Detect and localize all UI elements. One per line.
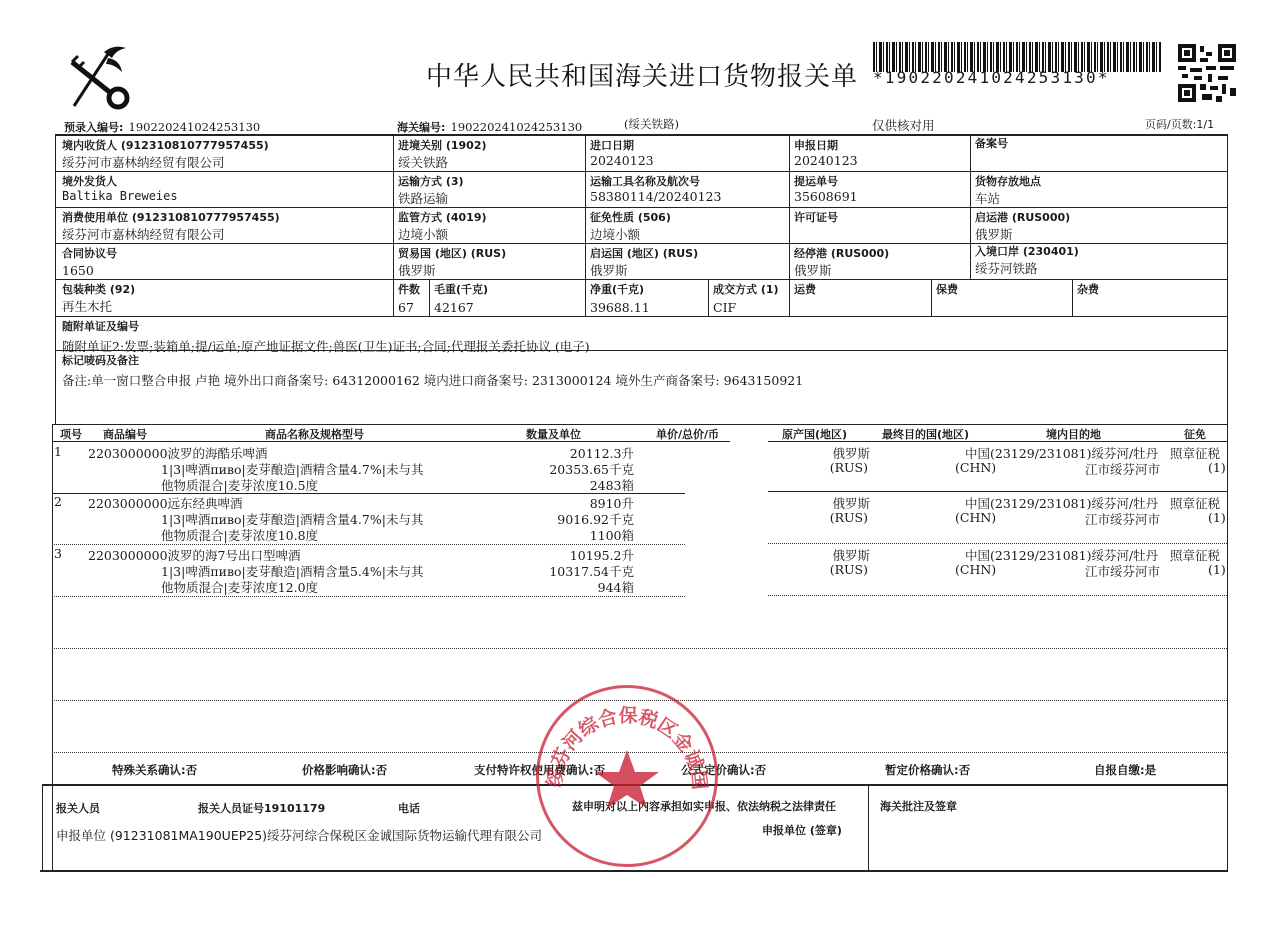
self-declare-confirm: 自报自缴:是 (1094, 762, 1156, 778)
transit-port-label: 经停港 (RUS000) (794, 245, 889, 261)
record-no-field: 备案号 (971, 135, 1012, 151)
levy-nature-value: 边境小额 (590, 225, 671, 243)
item-qty-3: 944箱 (520, 578, 634, 596)
provisional-price-confirm: 暂定价格确认:否 (885, 762, 970, 778)
col-price: 单价/总价/币 (656, 426, 719, 442)
consumer-field: 消费使用单位 (912310810777957455) 绥芬河市嘉林纳经贸有限公… (58, 209, 284, 243)
company-seal: 绥芬河综合保税区金诚国际货物运输代理有限公司 (536, 685, 718, 867)
freight-label: 运费 (794, 281, 816, 297)
insurance-field: 保费 (932, 281, 962, 297)
supervision-label: 监管方式 (4019) (398, 209, 487, 225)
storage-label: 货物存放地点 (975, 173, 1041, 189)
customs-no-label: 海关编号: (397, 121, 445, 134)
vehicle-value: 58380114/20240123 (590, 189, 721, 204)
origin-country-field: 启运国 (地区) (RUS) 俄罗斯 (586, 245, 702, 279)
col-item-no: 项号 (60, 426, 82, 442)
transit-port-value: 俄罗斯 (794, 261, 889, 279)
consignee-value: 绥芬河市嘉林纳经贸有限公司 (62, 153, 269, 171)
pre-entry-value: 190220241024253130 (129, 120, 261, 134)
col-quantity: 数量及单位 (526, 426, 581, 442)
transport-mode-label: 运输方式 (3) (398, 173, 464, 189)
net-weight-field: 净重(千克) 39688.11 (586, 281, 654, 315)
origin-country-value: 俄罗斯 (590, 261, 698, 279)
consumer-label: 消费使用单位 (912310810777957455) (62, 209, 280, 225)
vehicle-label: 运输工具名称及航次号 (590, 173, 721, 189)
declaring-agent: 申报单位 (91231081MA190UEP25)绥芬河综合保税区金诚国际货物运… (56, 826, 542, 844)
trade-country-field: 贸易国 (地区) (RUS) 俄罗斯 (394, 245, 510, 279)
item-final-dest-code: (CHN) (955, 510, 996, 525)
remarks: 标记唛码及备注 备注:单一窗口整合申报 卢艳 境外出口商备案号: 6431200… (58, 352, 807, 389)
license-label: 许可证号 (794, 209, 838, 225)
departure-port-value: 俄罗斯 (975, 225, 1070, 243)
insurance-label: 保费 (936, 281, 958, 297)
col-name-spec: 商品名称及规格型号 (265, 426, 364, 442)
item-domestic-dest-2: 江市绥芬河市 (1085, 510, 1160, 528)
item-qty-3: 1100箱 (520, 526, 634, 544)
col-origin: 原产国(地区) (782, 426, 847, 442)
declare-date-label: 申报日期 (794, 137, 858, 153)
gross-weight-label: 毛重(千克) (434, 281, 488, 297)
shipper-value: Baltika Breweies (62, 189, 178, 203)
item-origin-code: (RUS) (800, 562, 868, 577)
departure-port-field: 启运港 (RUS000) 俄罗斯 (971, 209, 1074, 243)
license-field: 许可证号 (790, 209, 842, 225)
entry-customs-field: 进境关别 (1902) 绥关铁路 (394, 137, 491, 171)
customs-emblem-icon (64, 42, 134, 112)
departure-port-label: 启运港 (RUS000) (975, 209, 1070, 225)
deal-mode-field: 成交方式 (1) CIF (709, 281, 783, 315)
remarks-value: 备注:单一窗口整合申报 卢艳 境外出口商备案号: 64312000162 境内进… (62, 371, 803, 389)
agent-seal-label: 申报单位 (签章) (762, 822, 842, 838)
pre-entry-label: 预录入编号: (64, 121, 123, 134)
entry-customs-value: 绥关铁路 (398, 153, 487, 171)
pre-entry-number: 预录入编号: 190220241024253130 (64, 116, 260, 135)
declarant-cert: 报关人员证号19101179 (198, 800, 325, 816)
levy-nature-field: 征免性质 (506) 边境小额 (586, 209, 675, 243)
vehicle-field: 运输工具名称及航次号 58380114/20240123 (586, 173, 725, 204)
net-weight-value: 39688.11 (590, 300, 650, 315)
transit-port-field: 经停港 (RUS000) 俄罗斯 (790, 245, 893, 279)
import-date-label: 进口日期 (590, 137, 654, 153)
customs-no-value: 190220241024253130 (451, 120, 583, 134)
item-levy-2: (1) (1208, 510, 1226, 525)
supervision-field: 监管方式 (4019) 边境小额 (394, 209, 491, 243)
storage-value: 车站 (975, 189, 1041, 207)
misc-fee-label: 杂费 (1077, 281, 1099, 297)
pieces-value: 67 (398, 300, 420, 315)
transport-mode-value: 铁路运输 (398, 189, 464, 207)
pieces-label: 件数 (398, 281, 420, 297)
bill-no-field: 提运单号 35608691 (790, 173, 862, 204)
item-qty-3: 2483箱 (520, 476, 634, 494)
declarant-label: 报关人员 (56, 800, 100, 816)
deal-mode-value: CIF (713, 300, 779, 315)
item-no: 2 (54, 494, 62, 509)
red-star-seal-icon (595, 750, 659, 808)
package-label: 包装种类 (92) (62, 281, 135, 297)
attached-docs: 随附单证及编号 随附单证2:发票;装箱单;提/运单;原产地证据文件;兽医(卫生)… (58, 318, 594, 355)
customs-number: 海关编号: 190220241024253130 (397, 116, 582, 135)
for-check-only: 仅供核对用 (872, 116, 935, 134)
freight-field: 运费 (790, 281, 820, 297)
page-indicator: 页码/页数:1/1 (1145, 116, 1214, 132)
supervision-value: 边境小额 (398, 225, 487, 243)
bill-no-value: 35608691 (794, 189, 858, 204)
shipper-label: 境外发货人 (62, 173, 178, 189)
pieces-field: 件数 67 (394, 281, 424, 315)
item-levy-2: (1) (1208, 562, 1226, 577)
special-relation-confirm: 特殊关系确认:否 (112, 762, 197, 778)
col-final-dest: 最终目的国(地区) (882, 426, 969, 442)
transport-mode-field: 运输方式 (3) 铁路运输 (394, 173, 468, 207)
item-final-dest-code: (CHN) (955, 460, 996, 475)
bill-no-label: 提运单号 (794, 173, 858, 189)
consignee-label: 境内收货人 (912310810777957455) (62, 137, 269, 153)
col-domestic-dest: 境内目的地 (1046, 426, 1101, 442)
contract-value: 1650 (62, 263, 117, 278)
item-levy-2: (1) (1208, 460, 1226, 475)
trade-country-label: 贸易国 (地区) (RUS) (398, 245, 506, 261)
import-date-field: 进口日期 20240123 (586, 137, 658, 168)
customs-approval-label: 海关批注及签章 (880, 798, 957, 814)
col-levy: 征免 (1184, 426, 1206, 442)
import-date-value: 20240123 (590, 153, 654, 168)
package-value: 再生木托 (62, 297, 135, 315)
entry-port-field: 入境口岸 (230401) 绥芬河铁路 (971, 243, 1083, 277)
contract-label: 合同协议号 (62, 245, 117, 261)
item-origin-code: (RUS) (800, 510, 868, 525)
item-domestic-dest-2: 江市绥芬河市 (1085, 460, 1160, 478)
contract-field: 合同协议号 1650 (58, 245, 121, 278)
consignee-field: 境内收货人 (912310810777957455) 绥芬河市嘉林纳经贸有限公司 (58, 137, 273, 171)
package-field: 包装种类 (92) 再生木托 (58, 281, 139, 315)
attached-docs-label: 随附单证及编号 (62, 318, 590, 334)
customs-office: (绥关铁路) (624, 116, 679, 132)
consumer-value: 绥芬河市嘉林纳经贸有限公司 (62, 225, 280, 243)
phone-label: 电话 (398, 800, 420, 816)
item-no: 3 (54, 546, 62, 561)
shipper-field: 境外发货人 Baltika Breweies (58, 173, 182, 203)
declare-date-value: 20240123 (794, 153, 858, 168)
deal-mode-label: 成交方式 (1) (713, 281, 779, 297)
gross-weight-field: 毛重(千克) 42167 (430, 281, 492, 315)
item-origin-code: (RUS) (800, 460, 868, 475)
item-no: 1 (54, 444, 62, 459)
price-influence-confirm: 价格影响确认:否 (302, 762, 387, 778)
entry-port-value: 绥芬河铁路 (975, 259, 1079, 277)
entry-customs-label: 进境关别 (1902) (398, 137, 487, 153)
entry-port-label: 入境口岸 (230401) (975, 243, 1079, 259)
levy-nature-label: 征免性质 (506) (590, 209, 671, 225)
record-no-label: 备案号 (975, 135, 1008, 151)
misc-fee-field: 杂费 (1073, 281, 1103, 297)
remarks-label: 标记唛码及备注 (62, 352, 803, 368)
net-weight-label: 净重(千克) (590, 281, 650, 297)
item-spec-line-2: 他物质混合|麦芽浓度12.0度 (161, 578, 318, 596)
col-code: 商品编号 (103, 426, 147, 442)
item-domestic-dest-2: 江市绥芬河市 (1085, 562, 1160, 580)
item-spec-line-2: 他物质混合|麦芽浓度10.8度 (161, 526, 318, 544)
origin-country-label: 启运国 (地区) (RUS) (590, 245, 698, 261)
trade-country-value: 俄罗斯 (398, 261, 506, 279)
item-final-dest-code: (CHN) (955, 562, 996, 577)
declare-date-field: 申报日期 20240123 (790, 137, 862, 168)
item-spec-line-2: 他物质混合|麦芽浓度10.5度 (161, 476, 318, 494)
document-title: 中华人民共和国海关进口货物报关单 (426, 56, 858, 93)
qr-code-icon (1178, 44, 1236, 102)
barcode-number: *190220241024253130* (873, 68, 1163, 87)
gross-weight-value: 42167 (434, 300, 488, 315)
storage-field: 货物存放地点 车站 (971, 173, 1045, 207)
